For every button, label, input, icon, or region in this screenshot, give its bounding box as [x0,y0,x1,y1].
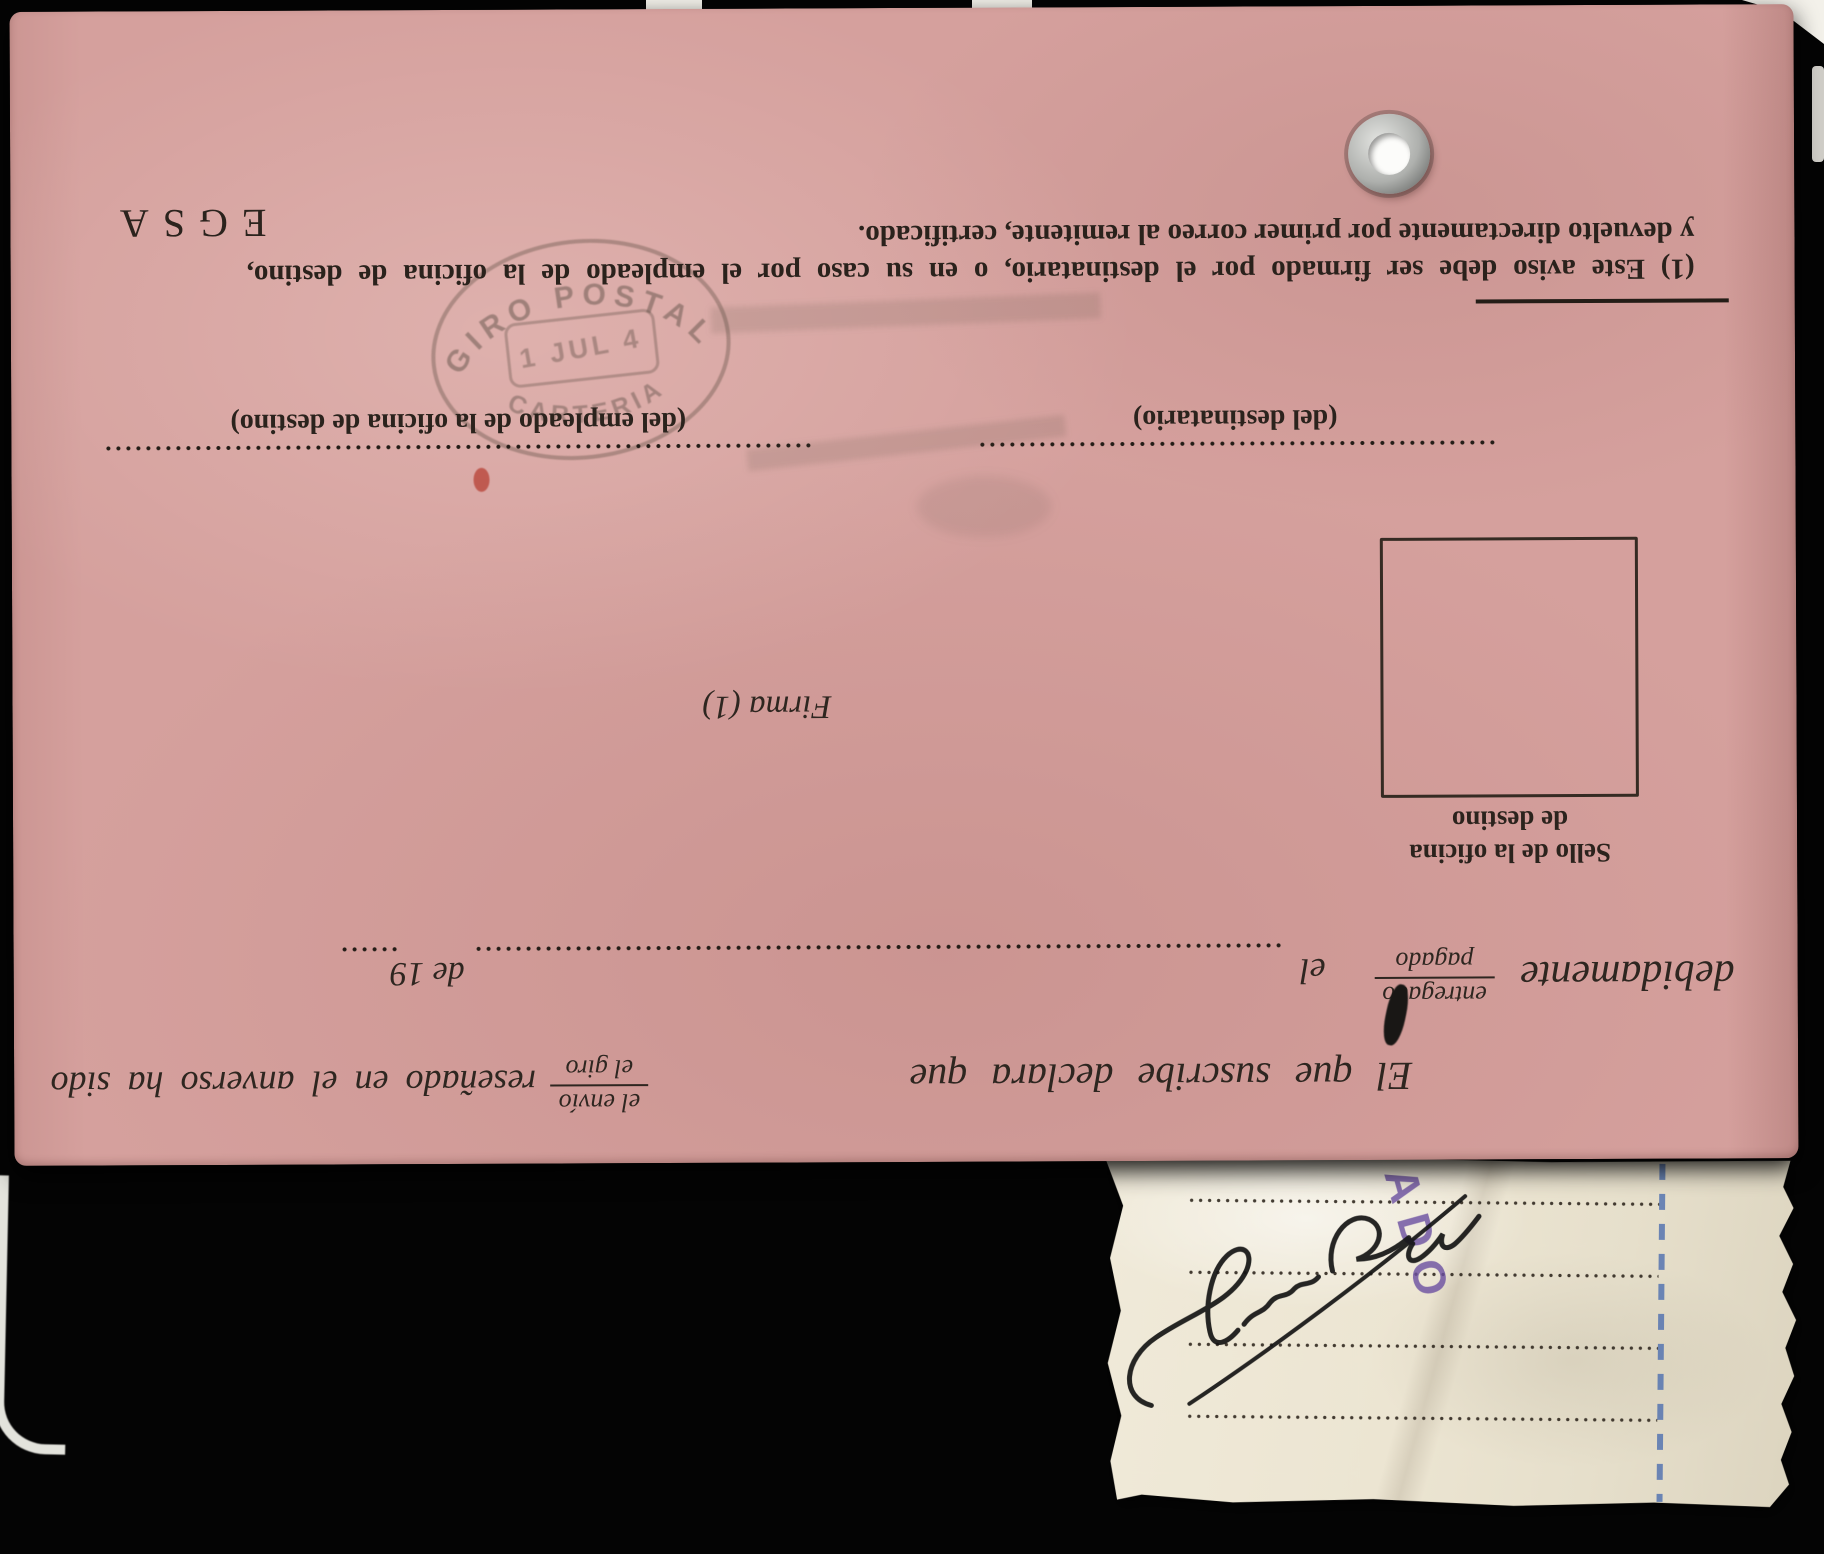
seal-caption-line2: de destino [1381,803,1639,837]
declaration-part2: reseñado en el anverso ha sido [50,1062,536,1106]
footnote-line1: (1) Este aviso debe ser firmado por el d… [247,250,1695,293]
footnote-line2: y devuelto directamente por primer corre… [246,213,1694,256]
office-line-label: (del empleado de la oficina de destino) [105,404,811,439]
year-label: de 19 [390,954,465,992]
seal-caption-line1: Sello de la oficina [1381,836,1639,870]
fraction-entregado-pagado: entregado pagado [1374,945,1495,1010]
year-dotted-line [342,946,398,952]
addressee-line-label: (del destinatario) [975,401,1495,435]
signature-label: Firma (1) [702,687,831,725]
postal-card: El que suscribe declara que el envío el … [9,4,1798,1166]
footnote-rule [1476,298,1729,303]
declaration-part1: El que suscribe declara que [909,1053,1412,1102]
printer-imprint: EGSA [106,200,267,248]
background-card-corner [0,1175,71,1454]
card-printed-content: El que suscribe declara que el envío el … [9,4,1798,1166]
scan-edge-fragment [1812,66,1824,162]
scanned-document: El que suscribe declara que el envío el … [0,0,1824,1554]
seal-box [1380,537,1639,798]
fraction-giro: el giro [550,1053,648,1084]
footnote: (1) Este aviso debe ser firmado por el d… [246,213,1694,293]
fraction-entregado: entregado [1374,976,1495,1010]
seal-box-caption: Sello de la oficina de destino [1381,803,1639,870]
fraction-envio-giro: el envío el giro [550,1053,648,1117]
receipt-slip: ADO Pilar Ruiz [1092,1153,1797,1509]
receipt-slip-paper: ADO Pilar Ruiz [1092,1153,1797,1509]
addressee-dotted-line [975,439,1495,447]
declaration-part3: debidamente [1520,950,1735,999]
declaration-part4: el [1300,950,1326,992]
postmark-date: 1 JUL 4 [517,323,644,375]
signature-handwriting: Pilar Ruiz [1092,1153,1797,1509]
date-dotted-line [476,942,1282,952]
fraction-pagado: pagado [1374,945,1495,977]
fraction-envio: el envío [551,1084,649,1117]
